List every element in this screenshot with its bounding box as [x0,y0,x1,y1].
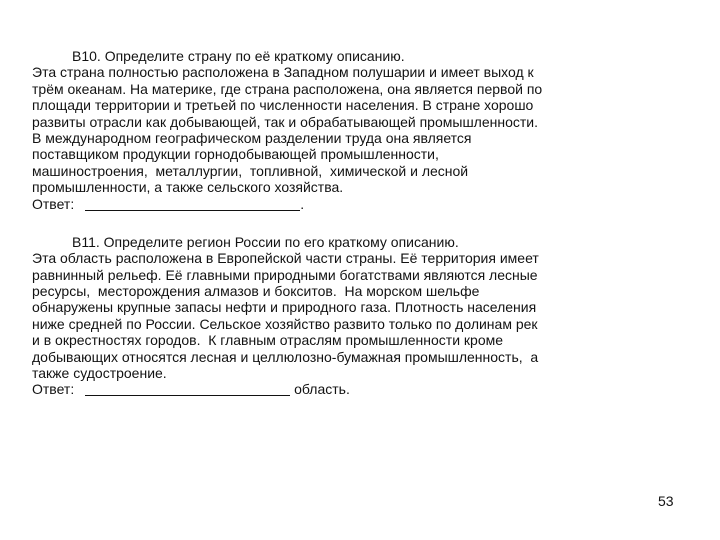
text-line: ресурсы, месторождения алмазов и боксито… [32,283,592,299]
text-line: развиты отрасли как добывающей, так и об… [32,114,592,130]
question-b10: В10. Определите страну по её краткому оп… [32,48,592,212]
question-b11-title: В11. Определите регион России по его кра… [32,234,592,250]
text-line: добывающих относятся лесная и целлюлозно… [32,349,592,365]
text-line: равнинный рельеф. Её главными природными… [32,267,592,283]
text-line: обнаружены крупные запасы нефти и природ… [32,299,592,315]
text-line: площади территории и третьей по численно… [32,97,592,113]
answer-blank-line [85,383,290,396]
question-b11: В11. Определите регион России по его кра… [32,234,592,398]
text-line: Эта страна полностью расположена в Запад… [32,64,592,80]
question-b10-answer-row: Ответ:. [32,196,592,212]
slide-page: В10. Определите страну по её краткому оп… [0,0,720,540]
text-block: В10. Определите страну по её краткому оп… [32,48,592,398]
answer-label: Ответ: [32,196,74,212]
text-line: машиностроения, металлургии, топливной, … [32,163,592,179]
text-line: ниже средней по России. Сельское хозяйст… [32,316,592,332]
question-b11-answer-row: Ответ: область. [32,381,592,397]
answer-blank-line [85,198,300,211]
page-number: 53 [658,493,674,509]
text-line: также судостроение. [32,365,592,381]
text-line: поставщиком продукции горнодобывающей пр… [32,146,592,162]
text-line: трём океанам. На материке, где страна ра… [32,81,592,97]
text-line: Эта область расположена в Европейской ча… [32,250,592,266]
text-line: В международном географическом разделени… [32,130,592,146]
text-line: промышленности, а также сельского хозяйс… [32,179,592,195]
answer-suffix: . [300,196,304,212]
question-b10-title: В10. Определите страну по её краткому оп… [32,48,592,64]
text-line: и в окрестностях городов. К главным отра… [32,332,592,348]
answer-label: Ответ: [32,381,74,397]
answer-suffix: область. [290,381,350,397]
